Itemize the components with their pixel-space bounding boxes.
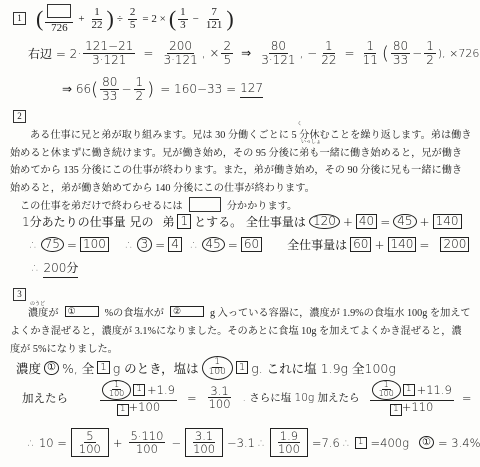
problem-1-equation: ( 726 + 122 ) ÷ 25 = 2 × ( 13 − 7121 ) [36, 4, 234, 34]
problem-1-work-line-1: 右辺 = 2· 121−213·121 = 2003·121 , × 25 ⇒ … [28, 40, 479, 66]
problem-3-work-line-1: 濃度 ① %, 全 1 g のとき，塩は 1100 1 g. これに塩 1.9g… [16, 356, 396, 380]
problem-2-work-line-1: 1分あたりの仕事量 兄の 弟 1 とする。 全仕事量は 120 + 40 = 4… [22, 213, 462, 230]
problem-1-work-line-2: ⇒ 66 ( 8033 − 12 ) = 160−33 = 127 [62, 76, 263, 102]
blank-2[interactable]: ② [170, 306, 204, 318]
paren: ( [36, 6, 43, 32]
ruby-issho: いっしょ [301, 138, 321, 145]
problem-3-work-line-3: ∴ 10 = 5100 + 5·110100 − 3.1100 −3.1 ∴ 1… [28, 428, 480, 457]
problem-3-text-line-2: よくかき混ぜると，濃度が 3.1%になりました。そのあとに食塩 10g を加えて… [10, 322, 462, 337]
problem-2-work-line-3: ∴ 200分 [32, 259, 78, 276]
answer-blank[interactable] [47, 4, 71, 18]
problem-2-work-line-2: ∴ 75 = 100 ∴ 3 = 4 ∴ 45 = 60 全仕事量は 60 + … [30, 236, 469, 253]
problem-3-number: 3 [13, 288, 26, 301]
problem-1-number: 1 [13, 12, 26, 25]
problem-3-work-line-2: 加えたら 1100 1 +1.9 1+100 = 3.1100 . さらに塩 1… [22, 380, 480, 416]
ruby-kuri: く [297, 120, 302, 127]
blank-fraction: 726 [45, 4, 73, 34]
problem-3-text-line-1: 濃度が ① %の食塩水が ② g 入っている容器に，濃度が 1.9%の食塩水 1… [28, 304, 471, 319]
problem-2-text: ある仕事に兄と弟が取り組みます。兄は 30 分働くごとに 5 分休むことを繰り返… [30, 127, 472, 197]
problem-1-answer: 127 [240, 81, 263, 98]
answer-blank[interactable] [189, 197, 221, 212]
problem-2-question: この仕事を弟だけで終わらせるには 分かかります。 [20, 197, 297, 212]
problem-2-number: 2 [13, 110, 26, 123]
blank-1[interactable]: ① [65, 306, 99, 318]
problem-3-text-line-3: 度が 5%になりました。 [10, 340, 118, 355]
problem-2-answer: 200分 [43, 261, 78, 278]
